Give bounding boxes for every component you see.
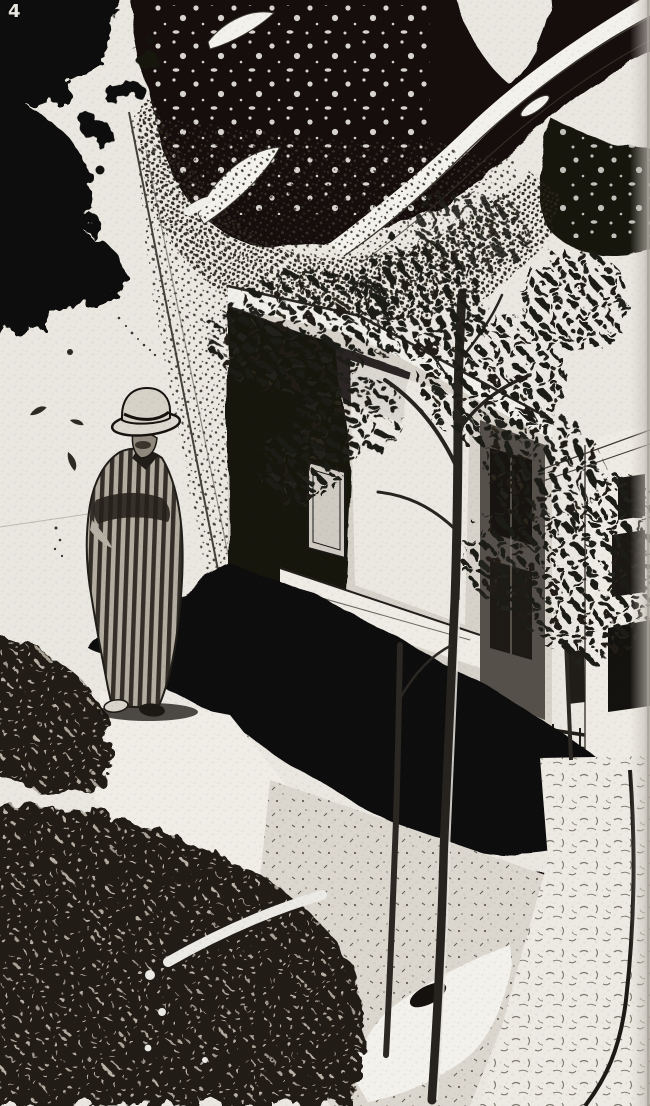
scan-grain-overlay xyxy=(0,0,650,1106)
page-number: 4 xyxy=(8,1,22,22)
manga-panel-illustration xyxy=(0,0,650,1106)
page-curl-edge xyxy=(630,0,650,1106)
manga-page: 4 xyxy=(0,0,650,1106)
